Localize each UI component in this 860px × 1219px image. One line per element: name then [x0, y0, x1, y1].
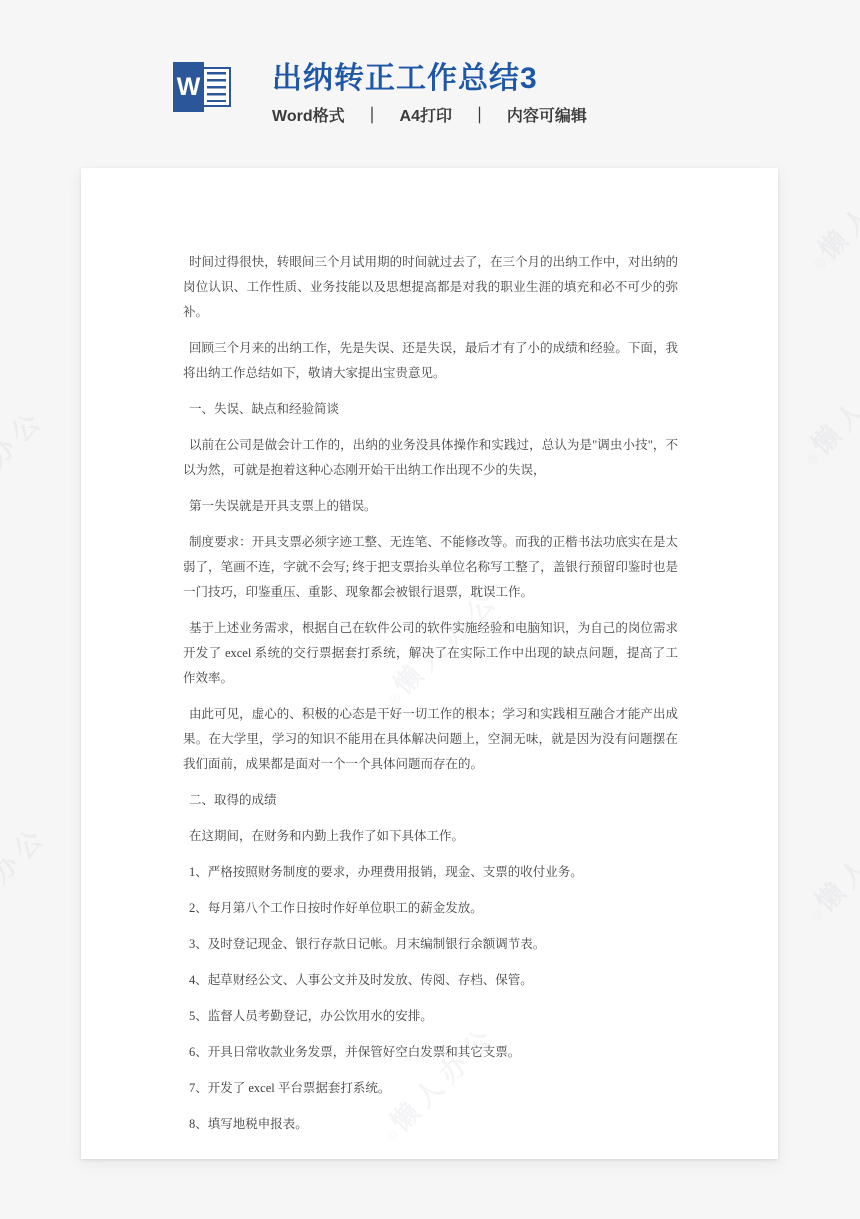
- meta-separator: ｜: [364, 108, 380, 125]
- document-sheet: 时间过得很快，转眼间三个月试用期的时间就过去了，在三个月的出纳工作中，对出纳的岗…: [81, 168, 778, 1159]
- word-document-icon: W: [173, 58, 235, 116]
- doc-paragraph: 回顾三个月来的出纳工作，先是失误、还是失误，最后才有了小的成绩和经验。下面，我将…: [183, 336, 678, 386]
- doc-list-item: 2、每月第八个工作日按时作好单位职工的薪金发放。: [183, 896, 678, 921]
- document-title: 出纳转正工作总结3: [272, 53, 538, 97]
- word-icon-cover: W: [173, 62, 204, 112]
- doc-paragraph: 第一失误就是开具支票上的错误。: [183, 494, 678, 519]
- doc-list-item: 3、及时登记现金、银行存款日记帐。月末编制银行余额调节表。: [183, 932, 678, 957]
- doc-list-item: 8、填写地税申报表。: [183, 1112, 678, 1137]
- doc-list-item: 4、起草财经公文、人事公文并及时发放、传阅、存档、保管。: [183, 968, 678, 993]
- page: { "header": { "doc_title": "出纳转正工作总结3", …: [0, 0, 860, 1219]
- meta-editable: 内容可编辑: [507, 108, 587, 125]
- word-icon-text-lines: [207, 72, 226, 102]
- doc-paragraph: 以前在公司是做会计工作的，出纳的业务没具体操作和实践过，总认为是"调虫小技"，不…: [183, 433, 678, 483]
- meta-format: Word格式: [272, 108, 345, 125]
- watermark: 懒人办公: [0, 815, 55, 949]
- document-meta: Word格式 ｜ A4打印 ｜ 内容可编辑: [272, 103, 587, 126]
- page-header: W 出纳转正工作总结3 Word格式 ｜ A4打印 ｜ 内容可编辑: [0, 0, 860, 150]
- doc-paragraph: 制度要求：开具支票必须字迹工整、无连笔、不能修改等。而我的正楷书法功底实在是太弱…: [183, 530, 678, 605]
- meta-separator: ｜: [471, 108, 487, 125]
- watermark: 懒人办公: [798, 143, 860, 277]
- doc-paragraph: 在这期间，在财务和内勤上我作了如下具体工作。: [183, 824, 678, 849]
- word-icon-letter: W: [177, 73, 201, 102]
- doc-paragraph: 时间过得很快，转眼间三个月试用期的时间就过去了，在三个月的出纳工作中，对出纳的岗…: [183, 250, 678, 325]
- watermark: 懒人办公: [0, 398, 52, 532]
- watermark: 懒人办公: [791, 338, 860, 472]
- doc-list-item: 6、开具日常收款业务发票，并保管好空白发票和其它支票。: [183, 1040, 678, 1065]
- doc-section-heading: 二、取得的成绩: [183, 788, 678, 813]
- document-body: 时间过得很快，转眼间三个月试用期的时间就过去了，在三个月的出纳工作中，对出纳的岗…: [81, 168, 778, 1148]
- doc-paragraph: 基于上述业务需求，根据自己在软件公司的软件实施经验和电脑知识，为自己的岗位需求开…: [183, 616, 678, 691]
- doc-list-item: 5、监督人员考勤登记，办公饮用水的安排。: [183, 1004, 678, 1029]
- doc-paragraph: 由此可见，虚心的、积极的心态是干好一切工作的根本；学习和实践相互融合才能产出成果…: [183, 702, 678, 777]
- doc-list-item: 7、开发了 excel 平台票据套打系统。: [183, 1076, 678, 1101]
- doc-list-item: 1、严格按照财务制度的要求，办理费用报销，现金、支票的收付业务。: [183, 860, 678, 885]
- word-icon-page: [202, 67, 231, 107]
- meta-print: A4打印: [400, 108, 452, 125]
- doc-section-heading: 一、失误、缺点和经验简谈: [183, 397, 678, 422]
- watermark: 懒人办公: [795, 795, 860, 929]
